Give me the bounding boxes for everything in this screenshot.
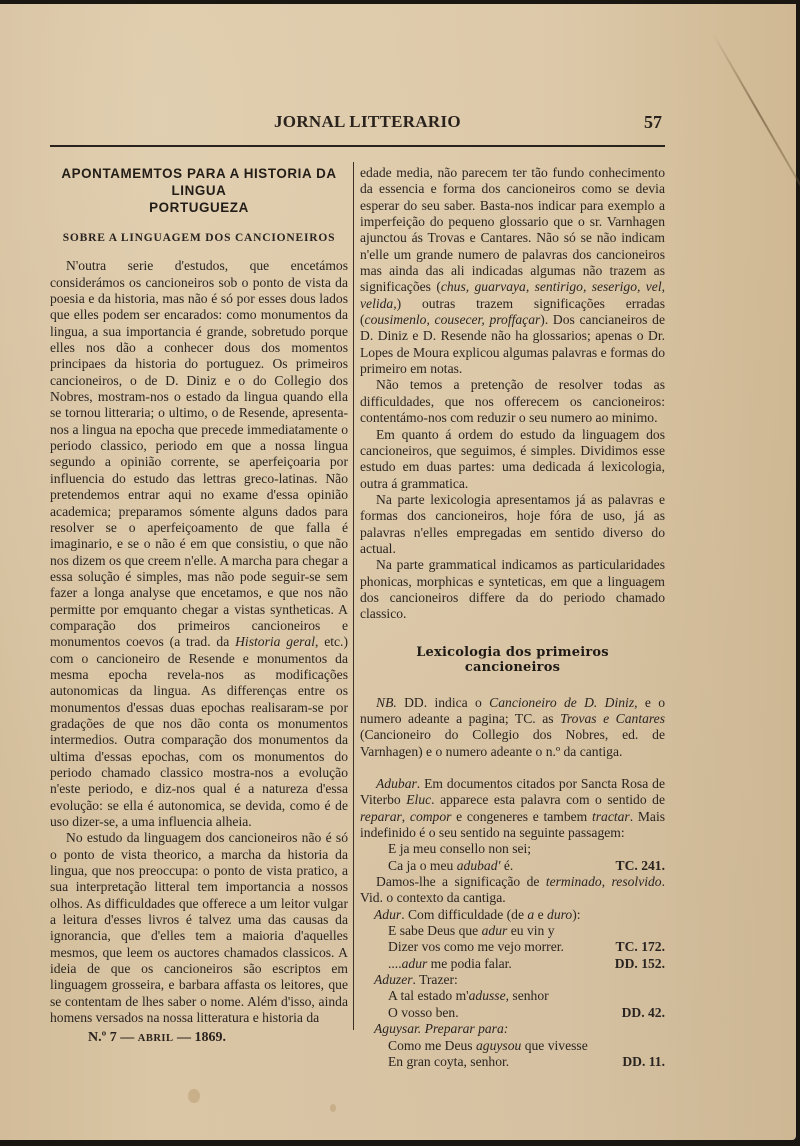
text: Damos-lhe a significação de xyxy=(376,874,546,889)
entry-aguysar: Aguysar. Preparar para: xyxy=(360,1021,665,1037)
verse-line: O vosso ben.DD. 42. xyxy=(360,1005,665,1021)
verse-text: ....adur me podia falar. xyxy=(388,956,512,972)
verse-text: Ca ja o meu adubad' é. xyxy=(388,858,513,874)
verse-line: E ja meu consello non sei; xyxy=(360,841,665,857)
article-title-line: PORTUGUEZA xyxy=(50,199,348,216)
paragraph: N'outra serie d'estudos, que encetámos c… xyxy=(50,258,348,830)
italic-word: adur xyxy=(402,956,428,971)
entry-term: Aguysar. Preparar para: xyxy=(374,1021,508,1036)
paragraph-text: N'outra serie d'estudos, que encetámos c… xyxy=(50,258,348,649)
paragraph: Na parte grammatical indicamos as partic… xyxy=(360,557,665,622)
italic-word: reparar xyxy=(360,809,402,824)
paper-stain xyxy=(188,1089,200,1103)
citation-ref: DD. 152. xyxy=(615,956,665,972)
italic-word: adubad' xyxy=(457,858,501,873)
paragraph-text: , etc.) com o cancioneiro de Resende e m… xyxy=(50,634,348,829)
italic-word: duro xyxy=(547,907,572,922)
text: . Com difficuldade (de xyxy=(401,907,527,922)
verse-line: E sabe Deus que adur eu vin y xyxy=(360,923,665,939)
paragraph: Damos-lhe a significação de terminado, r… xyxy=(360,874,665,907)
text: que vivesse xyxy=(521,1038,587,1053)
verse-text: A tal estado m'adusse, senhor xyxy=(388,988,549,1004)
verse-line: En gran coyta, senhor.DD. 11. xyxy=(360,1054,665,1070)
verse-text: Como me Deus aguysou que vivesse xyxy=(388,1038,588,1054)
paragraph: edade media, não parecem ter tão fundo c… xyxy=(360,165,665,377)
verse-line: Ca ja o meu adubad' é.TC. 241. xyxy=(360,858,665,874)
italic-title: Cancioneiro de D. Diniz xyxy=(489,695,634,710)
paper-stain xyxy=(330,1104,336,1112)
article-title-line: APONTAMEMTOS PARA A HISTORIA DA LINGUA xyxy=(50,165,348,199)
header-rule xyxy=(50,145,665,147)
article-title: APONTAMEMTOS PARA A HISTORIA DA LINGUA P… xyxy=(50,165,348,216)
text: é. xyxy=(500,858,513,873)
section-heading-line: cancioneiros xyxy=(360,660,665,675)
nb-label: NB. xyxy=(376,695,397,710)
italic-word: resolvido xyxy=(612,874,662,889)
paragraph: No estudo da linguagem dos cancioneiros … xyxy=(50,830,348,1026)
issue-year: — 1869. xyxy=(174,1030,227,1045)
text: e xyxy=(534,907,547,922)
citation-ref: TC. 172. xyxy=(616,939,665,955)
italic-title: Trovas e Cantares xyxy=(560,711,665,726)
text: DD. indica o xyxy=(397,695,489,710)
paragraph: Não temos a pretenção de resolver todas … xyxy=(360,377,665,426)
text: E sabe Deus que xyxy=(388,923,482,938)
text: , xyxy=(402,809,410,824)
page-fold-crease xyxy=(712,33,800,190)
nb-note: NB. DD. indica o Cancioneiro de D. Diniz… xyxy=(360,695,665,760)
entry-aduzer: Aduzer. Trazer: xyxy=(360,972,665,988)
text: Como me Deus xyxy=(388,1038,476,1053)
text: (Cancioneiro do Collegio dos Nobres, ed.… xyxy=(360,727,665,758)
text: .... xyxy=(388,956,402,971)
text: . apparece esta palavra com o sentido de xyxy=(431,792,665,807)
entry-term: Aduzer xyxy=(374,972,413,987)
text: Ca ja o meu xyxy=(388,858,457,873)
italic-word: adur xyxy=(482,923,508,938)
citation-ref: TC. 241. xyxy=(616,858,665,874)
entry-term: Adubar xyxy=(376,776,417,791)
verse-text: E sabe Deus que adur eu vin y xyxy=(388,923,555,939)
text: , xyxy=(602,874,612,889)
italic-word: adusse xyxy=(469,988,506,1003)
citation-ref: DD. 42. xyxy=(622,1005,665,1021)
newspaper-page: JORNAL LITTERARIO 57 APONTAMEMTOS PARA A… xyxy=(0,4,796,1140)
issue-footer: N.º 7 — ABRIL — 1869. xyxy=(88,1030,226,1046)
left-column: APONTAMEMTOS PARA A HISTORIA DA LINGUA P… xyxy=(50,165,348,1027)
paragraph: Em quanto á ordem do estudo da linguagem… xyxy=(360,427,665,492)
text: , senhor xyxy=(506,988,549,1003)
entry-adubar: Adubar. Em documentos citados por Sancta… xyxy=(360,776,665,841)
verse-line: Dizer vos como me vejo morrer.TC. 172. xyxy=(360,939,665,955)
italic-word: terminado xyxy=(546,874,602,889)
italic-word: aguysou xyxy=(476,1038,521,1053)
verse-text: Dizer vos como me vejo morrer. xyxy=(388,939,564,955)
verse-text: En gran coyta, senhor. xyxy=(388,1054,509,1070)
paragraph: Na parte lexicologia apresentamos já as … xyxy=(360,492,665,557)
verse-text: E ja meu consello non sei; xyxy=(388,841,531,857)
italic-word: tractar xyxy=(592,809,630,824)
paragraph-text: edade media, não parecem ter tão fundo c… xyxy=(360,165,665,294)
verse-line: ....adur me podia falar.DD. 152. xyxy=(360,956,665,972)
text: ): xyxy=(572,907,580,922)
text: e congeneres e tambem xyxy=(451,809,592,824)
section-heading-line: Lexicologia dos primeiros xyxy=(360,645,665,660)
verse-text: O vosso ben. xyxy=(388,1005,459,1021)
text: me podia falar. xyxy=(427,956,512,971)
issue-number: N.º 7 — xyxy=(88,1030,138,1045)
italic-title: Historia geral xyxy=(235,634,315,649)
section-heading: Lexicologia dos primeiros cancioneiros xyxy=(360,645,665,675)
running-title: JORNAL LITTERARIO xyxy=(274,112,674,132)
entry-adur: Adur. Com difficuldade (de a e duro): xyxy=(360,907,665,923)
italic-words: cousimenlo, cousecer, proffaçar xyxy=(365,312,541,327)
page-number: 57 xyxy=(644,112,662,133)
citation-ref: DD. 11. xyxy=(622,1054,665,1070)
column-divider xyxy=(353,162,354,1030)
entry-term: Adur xyxy=(374,907,401,922)
italic-word: compor xyxy=(410,809,452,824)
text: . Trazer: xyxy=(413,972,458,987)
verse-line: A tal estado m'adusse, senhor xyxy=(360,988,665,1004)
article-subtitle: SOBRE A LINGUAGEM DOS CANCIONEIROS xyxy=(50,230,348,246)
italic-word: Eluc xyxy=(406,792,431,807)
verse-line: Como me Deus aguysou que vivesse xyxy=(360,1038,665,1054)
text: eu vin y xyxy=(507,923,554,938)
issue-month: ABRIL xyxy=(138,1033,174,1044)
spacer xyxy=(360,760,665,776)
right-column: edade media, não parecem ter tão fundo c… xyxy=(360,165,665,1070)
text: A tal estado m' xyxy=(388,988,469,1003)
